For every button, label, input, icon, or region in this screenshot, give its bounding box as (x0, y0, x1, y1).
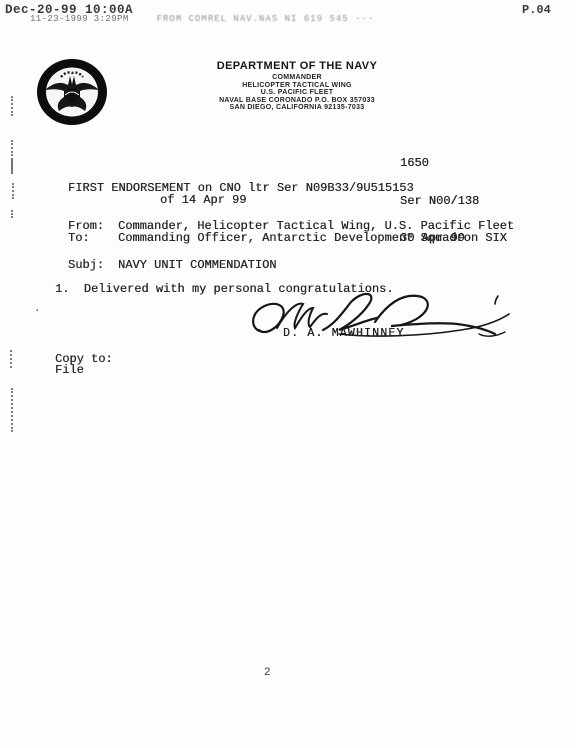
scan-artifact (11, 158, 13, 174)
scan-artifact (11, 210, 13, 218)
copy-to-item: File (55, 363, 84, 377)
to-row: To:Commanding Officer, Antarctic Develop… (68, 231, 507, 245)
letterhead-line-city: SAN DIEGO, CALIFORNIA 92135-7033 (183, 104, 411, 112)
scan-artifact (10, 350, 12, 368)
letterhead-title: DEPARTMENT OF THE NAVY (183, 60, 411, 72)
fax-origin-sender: FROM COMREL NAV.NAS NI 619 545 --- (157, 14, 375, 24)
to-value: Commanding Officer, Antarctic Developmen… (118, 231, 507, 245)
department-of-the-navy-seal-icon (35, 57, 109, 127)
letterhead: DEPARTMENT OF THE NAVY COMMANDER HELICOP… (183, 60, 411, 112)
scan-artifact (12, 183, 14, 199)
scan-artifact (11, 388, 13, 432)
scan-artifact (11, 140, 13, 156)
endorsement-line2: of 14 Apr 99 (160, 193, 246, 207)
serial-number: Ser N00/138 (400, 195, 479, 208)
to-label: To: (68, 231, 118, 245)
scanned-fax-page: { "fax_header": { "line1_left": "Dec-20-… (0, 0, 576, 748)
subject-row: Subj:NAVY UNIT COMMENDATION (68, 258, 276, 272)
fax-origin-line: 11-23-1999 3:29PMFROM COMREL NAV.NAS NI … (30, 14, 374, 24)
subject-value: NAVY UNIT COMMENDATION (118, 258, 276, 272)
ssic-code: 1650 (400, 157, 479, 170)
letterhead-line-fleet: U.S. PACIFIC FLEET (183, 89, 411, 97)
signer-name: D. A. MAWHINNEY (283, 327, 405, 340)
letterhead-line-commander: COMMANDER (183, 74, 411, 82)
letterhead-line-address: NAVAL BASE CORONADO P.O. BOX 357033 (183, 97, 411, 105)
scan-artifact-dot: . (34, 303, 41, 315)
subject-label: Subj: (68, 258, 118, 272)
fax-page-indicator: P.04 (522, 3, 551, 17)
scan-artifact (11, 96, 13, 116)
letterhead-line-wing: HELICOPTER TACTICAL WING (183, 82, 411, 90)
fax-origin-datetime: 11-23-1999 3:29PM (30, 14, 129, 24)
page-number: 2 (264, 667, 271, 679)
